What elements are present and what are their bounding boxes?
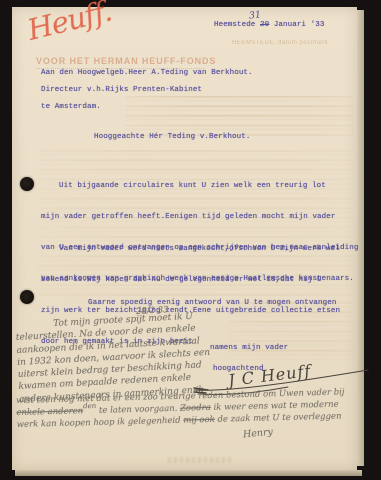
closing-request: Gaarne spoedig eenig antwoord van U te m… [88, 300, 336, 308]
salutation: Hooggeachte Hér Teding v.Berkhout. [94, 134, 250, 142]
scanned-letter: Heuff. Heemstede 20 Januari '33 31 HEEMS… [0, 0, 381, 480]
body-line: Uit bijgaande circulaires kunt U zien we… [41, 183, 358, 191]
pencil-struck-words: Zoodra [180, 403, 211, 414]
punch-hole-bottom [20, 290, 34, 304]
pencil-struck-words: enkele anderen [16, 406, 83, 418]
letterhead-fund-name: VOOR HET HERMAN HEUFF-FONDS [36, 56, 216, 66]
pencil-struck-words: mij ook [183, 415, 215, 426]
dateline-day-struck: 20 [260, 21, 269, 29]
recipient-line-2: Directeur v.h.Rijks Prenten-Kabinet [41, 87, 202, 95]
dateline-place: Heemstede [214, 21, 260, 29]
bleed-through-text-top [125, 96, 353, 138]
faint-archive-mark [168, 457, 234, 463]
ghost-postmark-line: HEEMSTEDE, datum postmerk [232, 40, 328, 46]
paper-edge-bottom [15, 470, 362, 476]
pencil-inserted-word: den [83, 402, 96, 410]
recipient-line-1: Aan den Hoogwelgeb.Heer A.Teding van Ber… [41, 70, 253, 78]
dateline: Heemstede 20 Januari '33 [214, 22, 324, 30]
body-line: bekend is.Wij hopen dat nu de gelegenhei… [41, 277, 340, 285]
pencil-note-segment: de zaak met U te overleggen [215, 411, 342, 424]
signoff-namens: namens mijn vader [210, 345, 288, 353]
handwritten-day-correction: 31 [248, 9, 261, 21]
body-line: Van mijn vader werd niets aangekocht,ofs… [41, 246, 340, 254]
dateline-rest: Januari '33 [269, 21, 324, 29]
body-line: mijn vader getroffen heeft.Eenigen tijd … [41, 214, 358, 222]
recipient-line-3: te Amsterdam. [41, 104, 101, 112]
punch-hole-top [20, 177, 34, 191]
